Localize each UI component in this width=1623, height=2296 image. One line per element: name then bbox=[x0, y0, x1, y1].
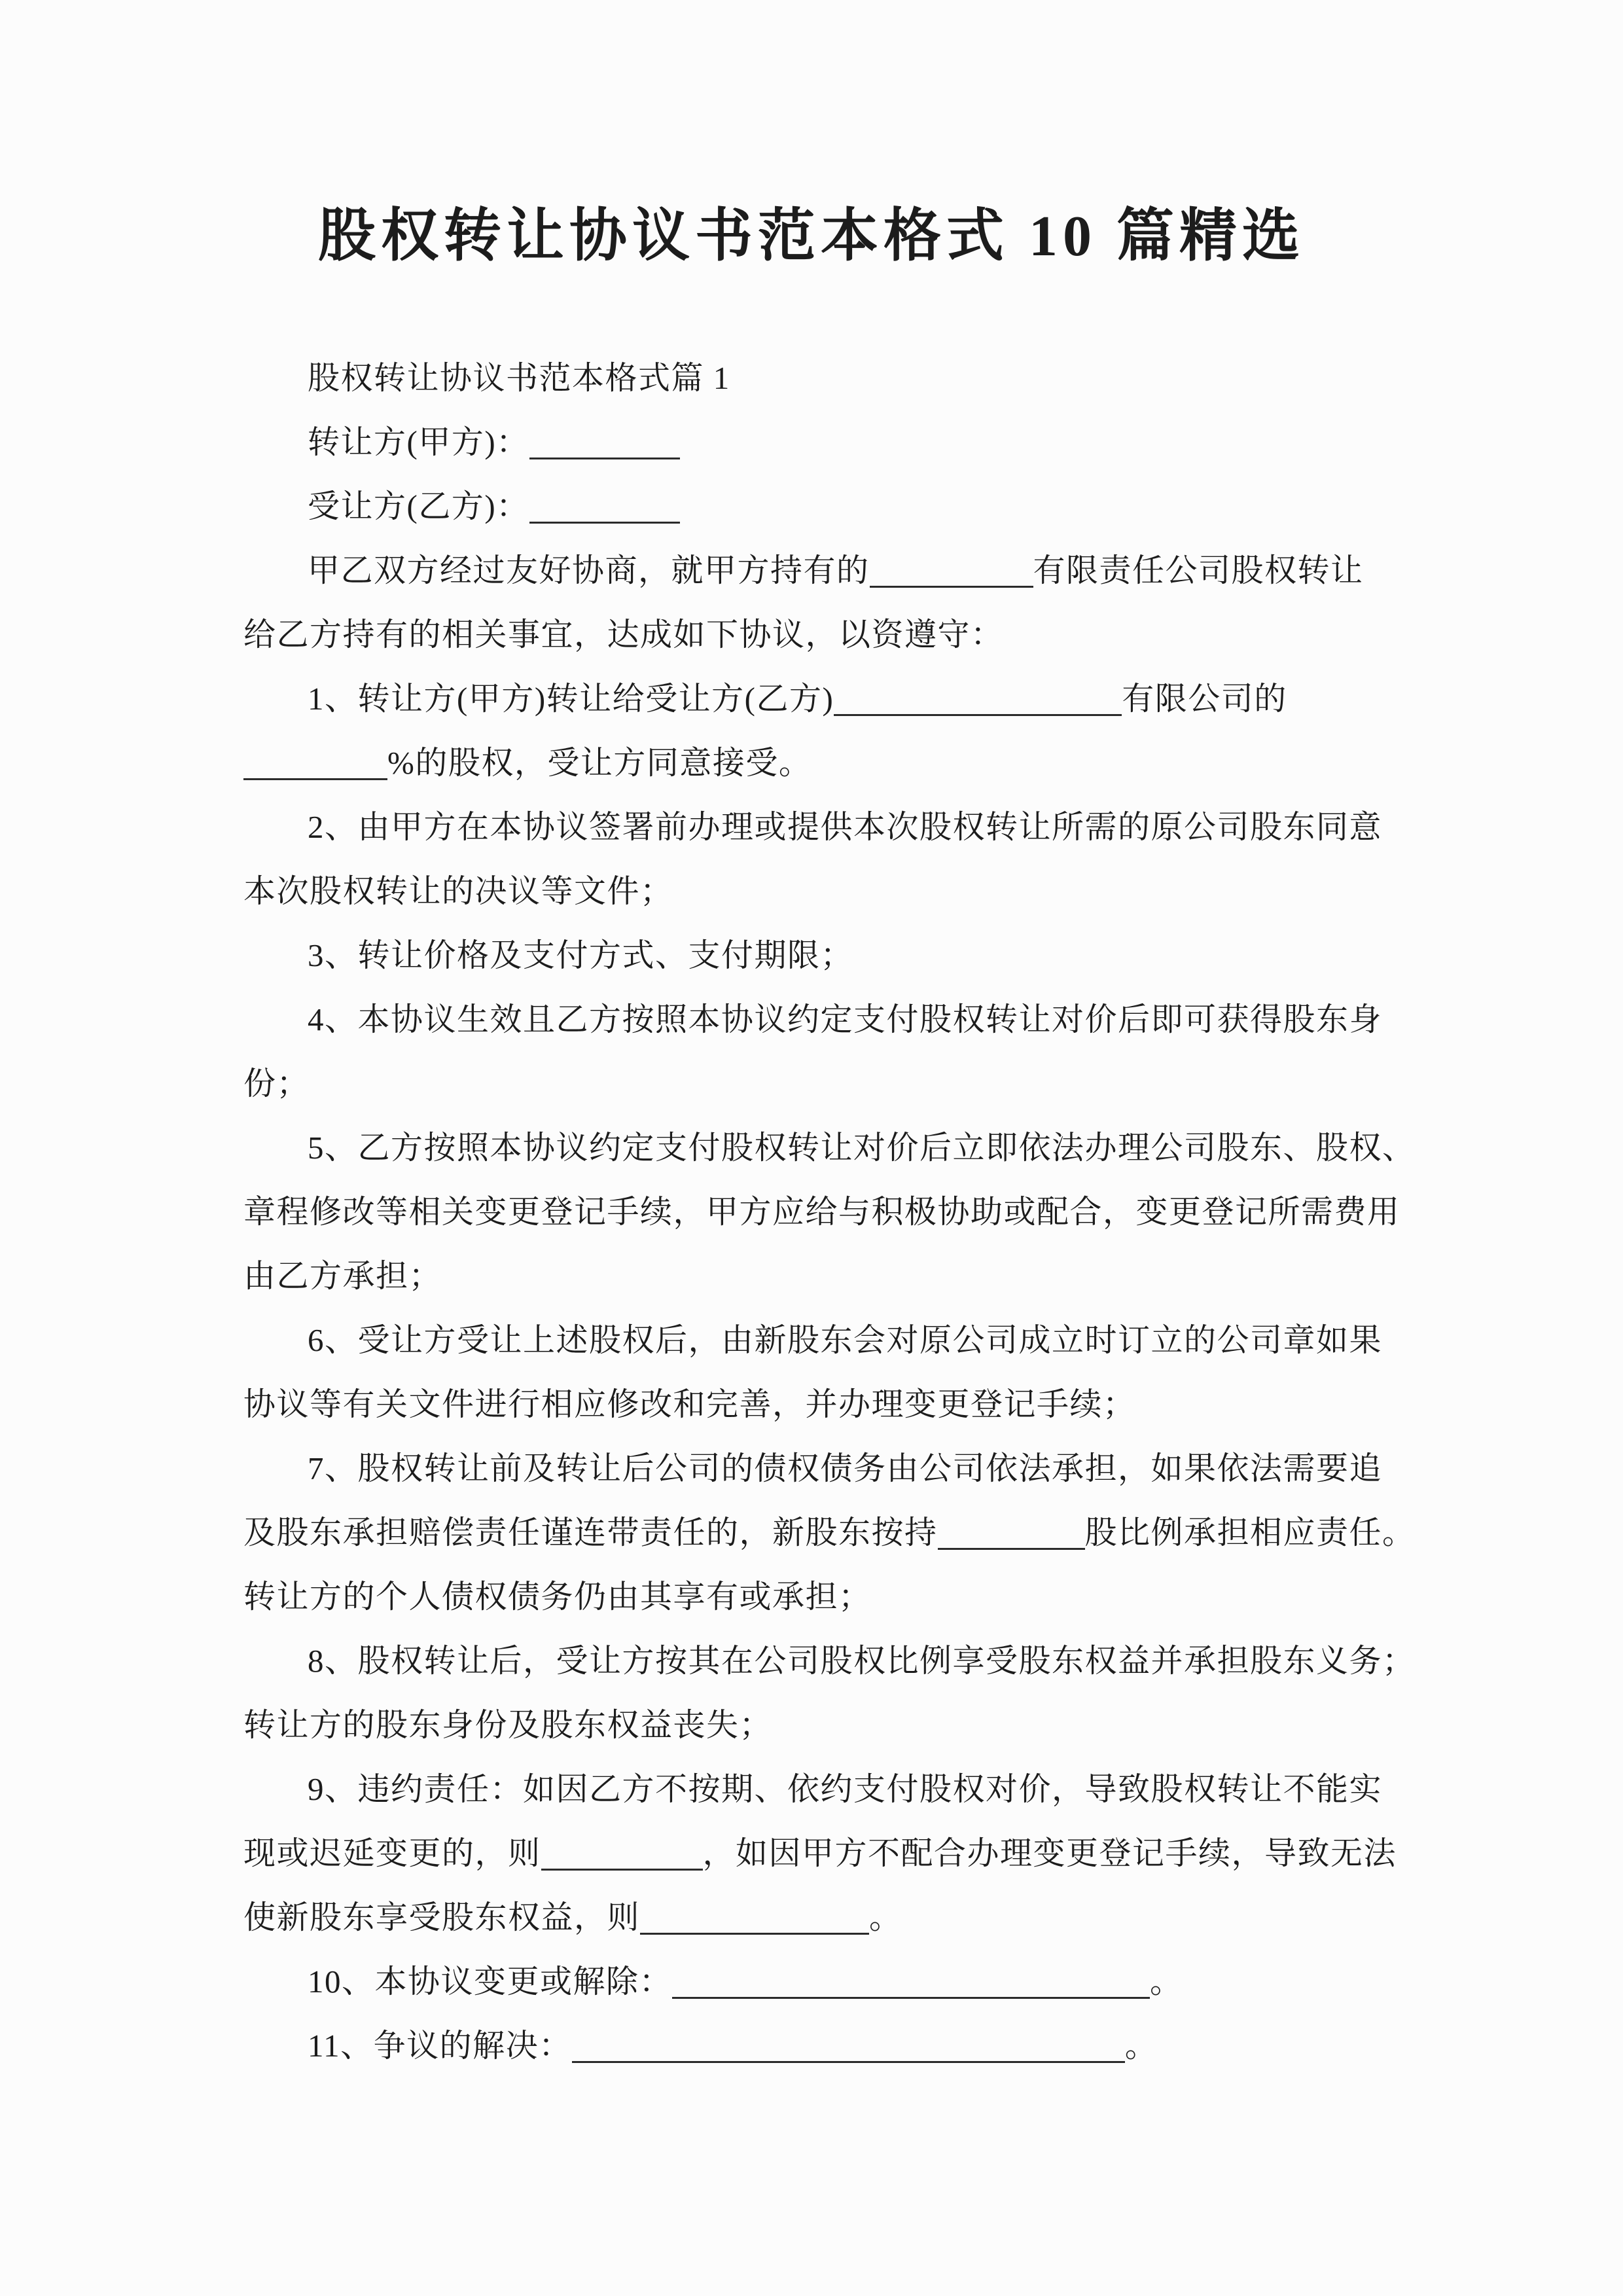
line-text: 。 bbox=[1125, 2028, 1158, 2064]
fill-in-blank bbox=[529, 452, 680, 459]
document-line: 10、本协议变更或解除：。 bbox=[243, 1950, 1382, 2014]
line-text: 股权转让协议书范本格式篇 1 bbox=[308, 360, 730, 396]
document-line: 1、转让方(甲方)转让给受让方(乙方)有限公司的 bbox=[243, 667, 1382, 731]
document-line: 2、由甲方在本协议签署前办理或提供本次股权转让所需的原公司股东同意 bbox=[243, 795, 1382, 859]
document-line: 3、转让价格及支付方式、支付期限； bbox=[243, 924, 1382, 988]
line-text: 3、转让价格及支付方式、支付期限； bbox=[308, 937, 853, 973]
document-body: 股权转让协议书范本格式篇 1转让方(甲方)：受让方(乙方)：甲乙双方经过友好协商… bbox=[243, 346, 1382, 2078]
fill-in-blank bbox=[672, 1992, 1150, 1999]
document-line: 转让方的个人债权债务仍由其享有或承担； bbox=[243, 1565, 1382, 1629]
fill-in-blank bbox=[640, 1928, 869, 1935]
line-text: 给乙方持有的相关事宜，达成如下协议，以资遵守： bbox=[243, 617, 1004, 653]
document-line: 11、争议的解决：。 bbox=[243, 2014, 1382, 2078]
line-text: 4、本协议生效且乙方按照本协议约定支付股权转让对价后即可获得股东身 bbox=[308, 1001, 1382, 1037]
document-line: 7、股权转让前及转让后公司的债权债务由公司依法承担，如果依法需要追 bbox=[243, 1437, 1382, 1501]
document-line: 给乙方持有的相关事宜，达成如下协议，以资遵守： bbox=[243, 603, 1382, 667]
document-line: 受让方(乙方)： bbox=[243, 475, 1382, 539]
document-line: 章程修改等相关变更登记手续，甲方应给与积极协助或配合，变更登记所需费用 bbox=[243, 1180, 1382, 1244]
document-page: 股权转让协议书范本格式 10 篇精选 股权转让协议书范本格式篇 1转让方(甲方)… bbox=[0, 0, 1623, 2296]
line-text: 11、争议的解决： bbox=[308, 2028, 572, 2064]
line-text: 现或迟延变更的，则 bbox=[243, 1835, 541, 1871]
line-text: ，如因甲方不配合办理变更登记手续，导致无法 bbox=[703, 1835, 1397, 1871]
line-text: 章程修改等相关变更登记手续，甲方应给与积极协助或配合，变更登记所需费用 bbox=[243, 1194, 1400, 1230]
line-text: 8、股权转让后，受让方按其在公司股权比例享受股东权益并承担股东义务； bbox=[308, 1643, 1416, 1679]
document-line: 甲乙双方经过友好协商，就甲方持有的有限责任公司股权转让 bbox=[243, 539, 1382, 603]
line-text: 。 bbox=[869, 1899, 902, 1935]
line-text: 受让方(乙方)： bbox=[308, 488, 529, 524]
line-text: 有限责任公司股权转让 bbox=[1033, 552, 1364, 588]
fill-in-blank bbox=[529, 516, 680, 524]
document-line: 8、股权转让后，受让方按其在公司股权比例享受股东权益并承担股东义务； bbox=[243, 1629, 1382, 1693]
line-text: 转让方的股东身份及股东权益丧失； bbox=[243, 1707, 772, 1743]
document-line: 本次股权转让的决议等文件； bbox=[243, 859, 1382, 924]
document-line: 现或迟延变更的，则，如因甲方不配合办理变更登记手续，导致无法 bbox=[243, 1821, 1382, 1886]
line-text: 7、股权转让前及转让后公司的债权债务由公司依法承担，如果依法需要追 bbox=[308, 1450, 1382, 1486]
line-text: 1、转让方(甲方)转让给受让方(乙方) bbox=[308, 681, 834, 717]
line-text: 由乙方承担； bbox=[243, 1258, 442, 1294]
line-text: 有限公司的 bbox=[1122, 681, 1287, 717]
document-line: 9、违约责任：如因乙方不按期、依约支付股权对价，导致股权转让不能实 bbox=[243, 1757, 1382, 1821]
fill-in-blank bbox=[243, 773, 387, 780]
line-text: 协议等有关文件进行相应修改和完善，并办理变更登记手续； bbox=[243, 1386, 1136, 1422]
line-text: %的股权，受让方同意接受。 bbox=[387, 745, 811, 781]
document-line: 及股东承担赔偿责任谨连带责任的，新股东按持股比例承担相应责任。 bbox=[243, 1501, 1382, 1565]
document-line: 转让方的股东身份及股东权益丧失； bbox=[243, 1693, 1382, 1757]
document-line: 6、受让方受让上述股权后，由新股东会对原公司成立时订立的公司章如果 bbox=[243, 1308, 1382, 1372]
document-line: 协议等有关文件进行相应修改和完善，并办理变更登记手续； bbox=[243, 1372, 1382, 1437]
line-text: 9、违约责任：如因乙方不按期、依约支付股权对价，导致股权转让不能实 bbox=[308, 1771, 1382, 1807]
document-line: 4、本协议生效且乙方按照本协议约定支付股权转让对价后即可获得股东身 bbox=[243, 988, 1382, 1052]
line-text: 本次股权转让的决议等文件； bbox=[243, 873, 673, 909]
line-text: 转让方的个人债权债务仍由其享有或承担； bbox=[243, 1579, 872, 1615]
line-text: 股比例承担相应责任。 bbox=[1085, 1515, 1416, 1551]
document-line: %的股权，受让方同意接受。 bbox=[243, 731, 1382, 795]
line-text: 份； bbox=[243, 1066, 310, 1102]
fill-in-blank bbox=[834, 709, 1122, 716]
document-title: 股权转让协议书范本格式 10 篇精选 bbox=[0, 190, 1623, 272]
line-text: 及股东承担赔偿责任谨连带责任的，新股东按持 bbox=[243, 1515, 938, 1551]
line-text: 2、由甲方在本协议签署前办理或提供本次股权转让所需的原公司股东同意 bbox=[308, 809, 1382, 845]
fill-in-blank bbox=[572, 2056, 1125, 2063]
line-text: 10、本协议变更或解除： bbox=[308, 1964, 672, 2000]
line-text: 6、受让方受让上述股权后，由新股东会对原公司成立时订立的公司章如果 bbox=[308, 1322, 1382, 1358]
line-text: 。 bbox=[1150, 1964, 1183, 2000]
document-line: 份； bbox=[243, 1052, 1382, 1116]
fill-in-blank bbox=[938, 1543, 1085, 1550]
document-line: 股权转让协议书范本格式篇 1 bbox=[243, 346, 1382, 410]
document-line: 5、乙方按照本协议约定支付股权转让对价后立即依法办理公司股东、股权、 bbox=[243, 1116, 1382, 1180]
document-line: 使新股东享受股东权益，则。 bbox=[243, 1886, 1382, 1950]
fill-in-blank bbox=[541, 1863, 703, 1871]
line-text: 5、乙方按照本协议约定支付股权转让对价后立即依法办理公司股东、股权、 bbox=[308, 1130, 1416, 1166]
line-text: 使新股东享受股东权益，则 bbox=[243, 1899, 640, 1935]
document-line: 由乙方承担； bbox=[243, 1244, 1382, 1308]
fill-in-blank bbox=[870, 581, 1033, 588]
document-line: 转让方(甲方)： bbox=[243, 410, 1382, 475]
line-text: 甲乙双方经过友好协商，就甲方持有的 bbox=[308, 552, 870, 588]
line-text: 转让方(甲方)： bbox=[308, 424, 529, 460]
